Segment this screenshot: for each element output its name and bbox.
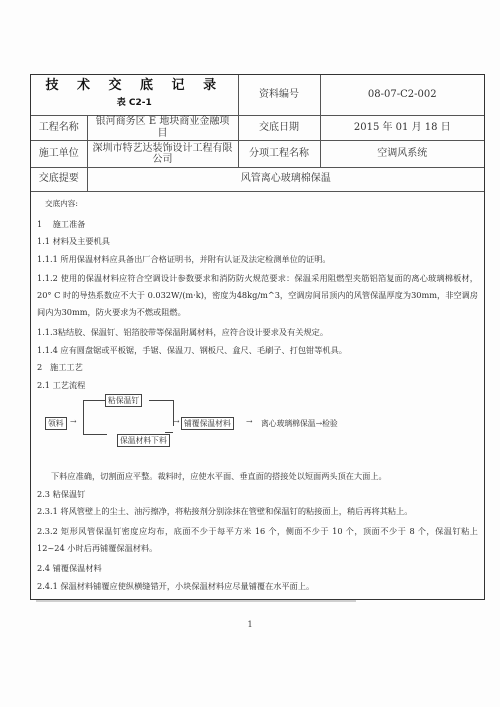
flow-box-merge: 铺覆保温材料 xyxy=(181,417,234,430)
flow-line xyxy=(165,432,173,433)
cut-note: 下料应准确，切割面应平整。裁料时，应使水平面、垂直面的搭接处以短面两头顶在大面上… xyxy=(37,470,478,482)
arrow-icon: → xyxy=(173,416,180,428)
doc-no-label: 资料编号 xyxy=(238,75,320,115)
item-2-4-1: 2.4.1 保温材料铺覆应使纵横缝错开，小块保温材料应尽量铺覆在水平面上。 xyxy=(37,580,478,592)
form-title: 技 术 交 底 记 录 xyxy=(35,80,234,92)
contractor-label: 施工单位 xyxy=(31,140,87,167)
form-title-cell: 技 术 交 底 记 录 表 C2-1 xyxy=(31,75,238,115)
section-2-1-heading: 2.1 工艺流程 xyxy=(37,379,478,391)
project-name-value: 银河商务区 E 地块商业金融项目 xyxy=(87,115,238,140)
arrow-icon: → xyxy=(246,416,253,428)
section-1-heading: 1 施工准备 xyxy=(37,218,478,230)
doc-no-value: 08-07-C2-002 xyxy=(320,75,484,115)
process-flow-diagram: 领料 → 粘保温钉 保温材料下料 → 铺覆保温材料 → 离心玻璃棉保温→检验 xyxy=(37,396,478,468)
cut-off-text-line xyxy=(36,600,356,602)
form-number: 表 C2-1 xyxy=(35,97,234,109)
contractor-value: 深圳市特艺达装饰设计工程有限公司 xyxy=(87,140,238,167)
item-1-1-3: 1.1.3粘结胶、保温钉、铝箔胶带等保温附属材料，应符合设计要求及有关规定。 xyxy=(37,326,478,338)
item-1-1-1: 1.1.1 所用保温材料应具备出厂合格证明书，并附有认证及法定检测单位的证明。 xyxy=(37,253,478,265)
header-table: 技 术 交 底 记 录 表 C2-1 资料编号 08-07-C2-002 工程名… xyxy=(31,75,484,192)
subproject-label: 分项工程名称 xyxy=(238,140,320,167)
flow-line xyxy=(83,400,105,401)
flow-box-upper: 粘保温钉 xyxy=(105,394,142,407)
flow-box-lower: 保温材料下料 xyxy=(117,434,170,447)
summary-value: 风管离心玻璃棉保温 xyxy=(87,167,484,191)
page-number: 1 xyxy=(0,620,500,629)
flow-tail: 离心玻璃棉保温→检验 xyxy=(261,418,338,430)
item-2-3-2: 2.3.2 矩形风管保温钉密度应均布，底面不少于每平方米 16 个，侧面不少于 … xyxy=(37,523,478,557)
flow-line xyxy=(83,400,84,434)
item-2-3-1: 2.3.1 将风管壁上的尘土、油污擦净，将粘接剂分别涂抹在管壁和保温钉的粘接面上… xyxy=(37,505,478,517)
disclosure-content: 交底内容: 1 施工准备 1.1 材料及主要机具 1.1.1 所用保温材料应具备… xyxy=(31,192,484,601)
item-1-1-2: 1.1.2 使用的保温材料应符合空调设计参数要求和消防防火规范要求：保温采用阻燃… xyxy=(37,270,478,321)
disclosure-record-form: 技 术 交 底 记 录 表 C2-1 资料编号 08-07-C2-002 工程名… xyxy=(30,74,485,600)
section-1-1-heading: 1.1 材料及主要机具 xyxy=(37,235,478,247)
date-value: 2015 年 01 月 18 日 xyxy=(320,115,484,140)
flow-line xyxy=(149,400,173,401)
date-label: 交底日期 xyxy=(238,115,320,140)
content-lead: 交底内容: xyxy=(37,198,478,210)
project-name-label: 工程名称 xyxy=(31,115,87,140)
flow-box-start: 领料 xyxy=(45,417,67,430)
section-2-heading: 2 施工工艺 xyxy=(37,361,478,373)
arrow-icon: → xyxy=(70,416,77,428)
subproject-value: 空调风系统 xyxy=(320,140,484,167)
item-1-1-4: 1.1.4 应有圆盘锯或平板锯，手锯、保温刀、钢板尺、盒尺、毛刷子、打包钳等机具… xyxy=(37,344,478,356)
summary-label: 交底提要 xyxy=(31,167,87,191)
section-2-3-heading: 2.3 粘保温钉 xyxy=(37,488,478,500)
section-2-4-heading: 2.4 铺覆保温材料 xyxy=(37,562,478,574)
flow-line xyxy=(83,434,107,435)
